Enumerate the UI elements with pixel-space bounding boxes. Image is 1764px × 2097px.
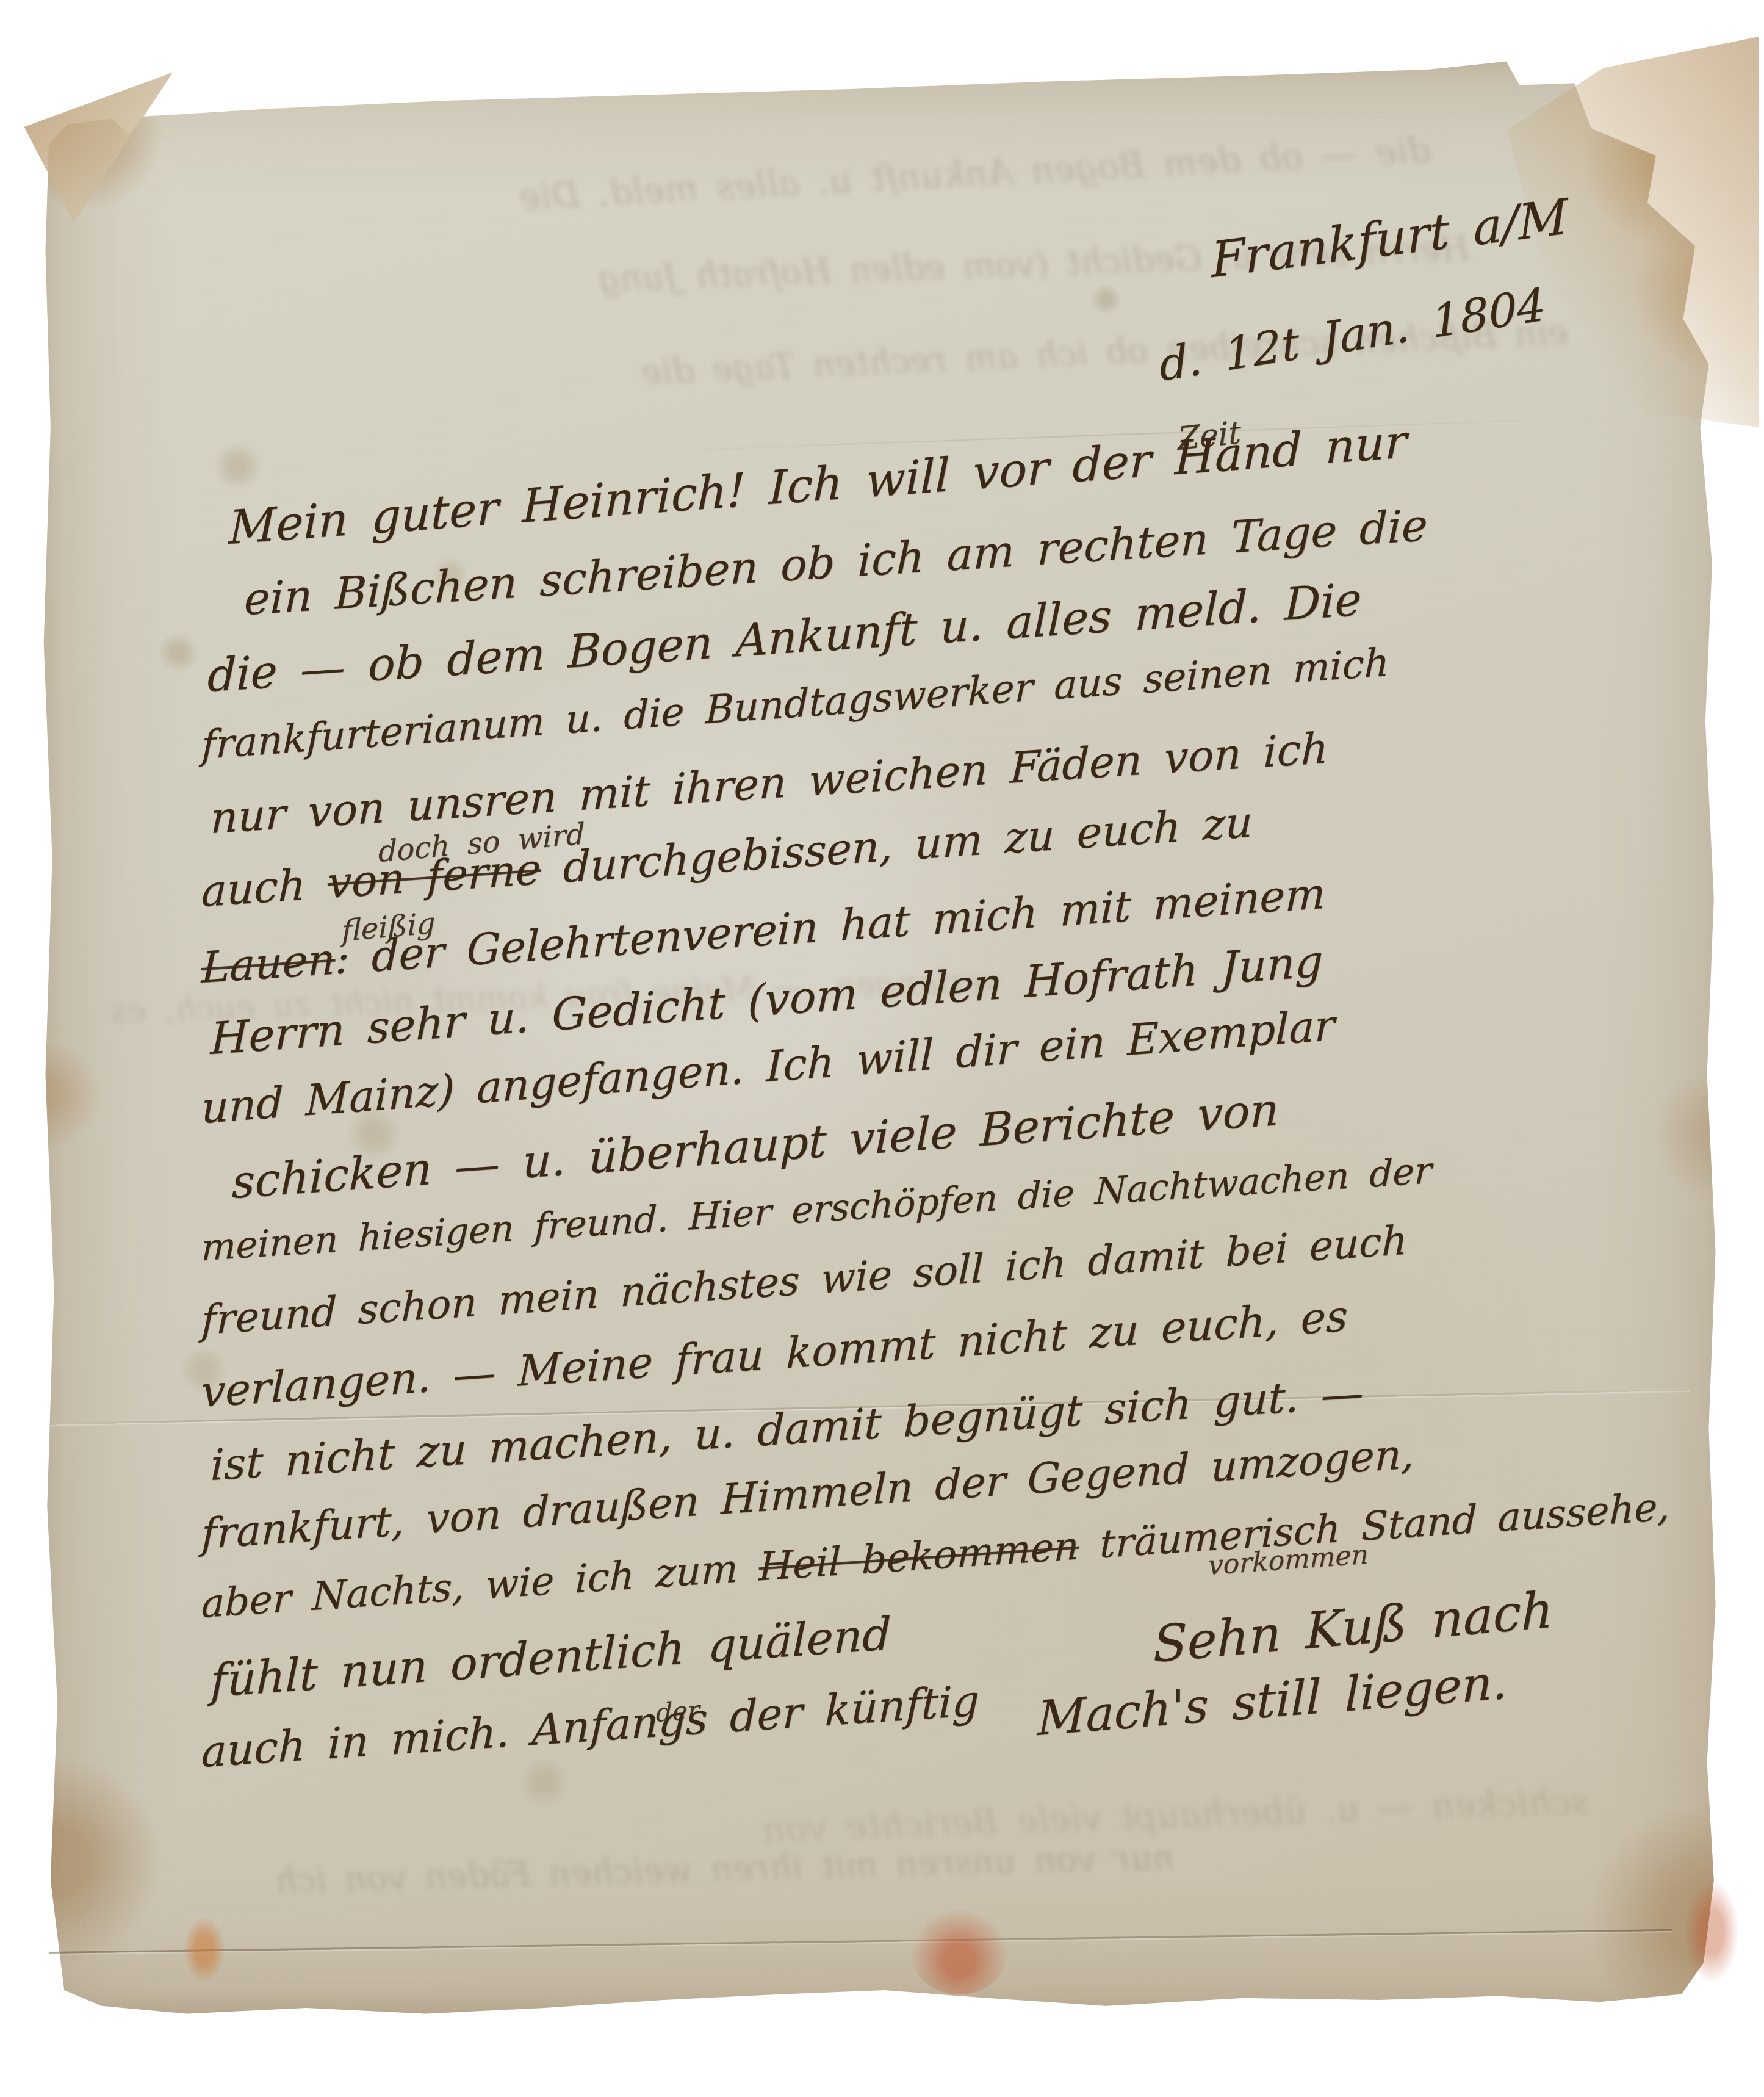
scanned-letter-page: die — ob dem Bogen Ankunft u. alles meld…: [0, 0, 1764, 2097]
red-stain-right-edge: [1684, 1880, 1739, 1983]
line-7-struck-word: Lauen: [201, 934, 336, 993]
red-stain-bottom: [910, 1909, 1008, 1994]
line-6-pre: auch: [201, 858, 328, 917]
orange-stain-bottom-left: [183, 1916, 226, 1983]
